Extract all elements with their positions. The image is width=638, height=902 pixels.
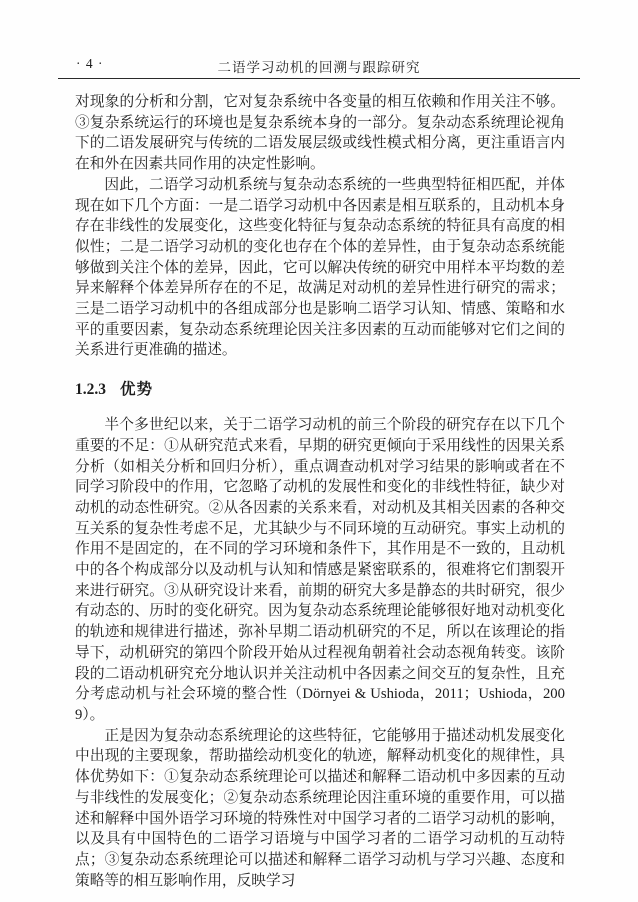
section-title: 优势 bbox=[120, 381, 153, 398]
paragraph-advantages: 正是因为复杂动态系统理论的这些特征，它能够用于描述动机发展变化中出现的主要现象，… bbox=[75, 726, 565, 892]
paragraph-matching-features: 因此，二语学习动机系统与复杂动态系统的一些典型特征相匹配，并体现在如下几个方面：… bbox=[75, 175, 565, 361]
paragraph-continuation: 对现象的分析和分割，它对复杂系统中各变量的相互依赖和作用关注不够。③复杂系统运行… bbox=[75, 92, 565, 175]
book-page: · 4 · 二语学习动机的回溯与跟踪研究 对现象的分析和分割，它对复杂系统中各变… bbox=[0, 0, 638, 902]
paragraph-shortcomings: 半个多世纪以来，关于二语学习动机的前三个阶段的研究存在以下几个重要的不足：①从研… bbox=[75, 415, 565, 726]
running-header: · 4 · 二语学习动机的回溯与跟踪研究 bbox=[58, 52, 580, 79]
body-text: 对现象的分析和分割，它对复杂系统中各变量的相互依赖和作用关注不够。③复杂系统运行… bbox=[75, 92, 565, 891]
running-title: 二语学习动机的回溯与跟踪研究 bbox=[58, 56, 580, 76]
section-heading: 1.2.3优势 bbox=[75, 380, 565, 400]
section-number: 1.2.3 bbox=[75, 381, 106, 398]
